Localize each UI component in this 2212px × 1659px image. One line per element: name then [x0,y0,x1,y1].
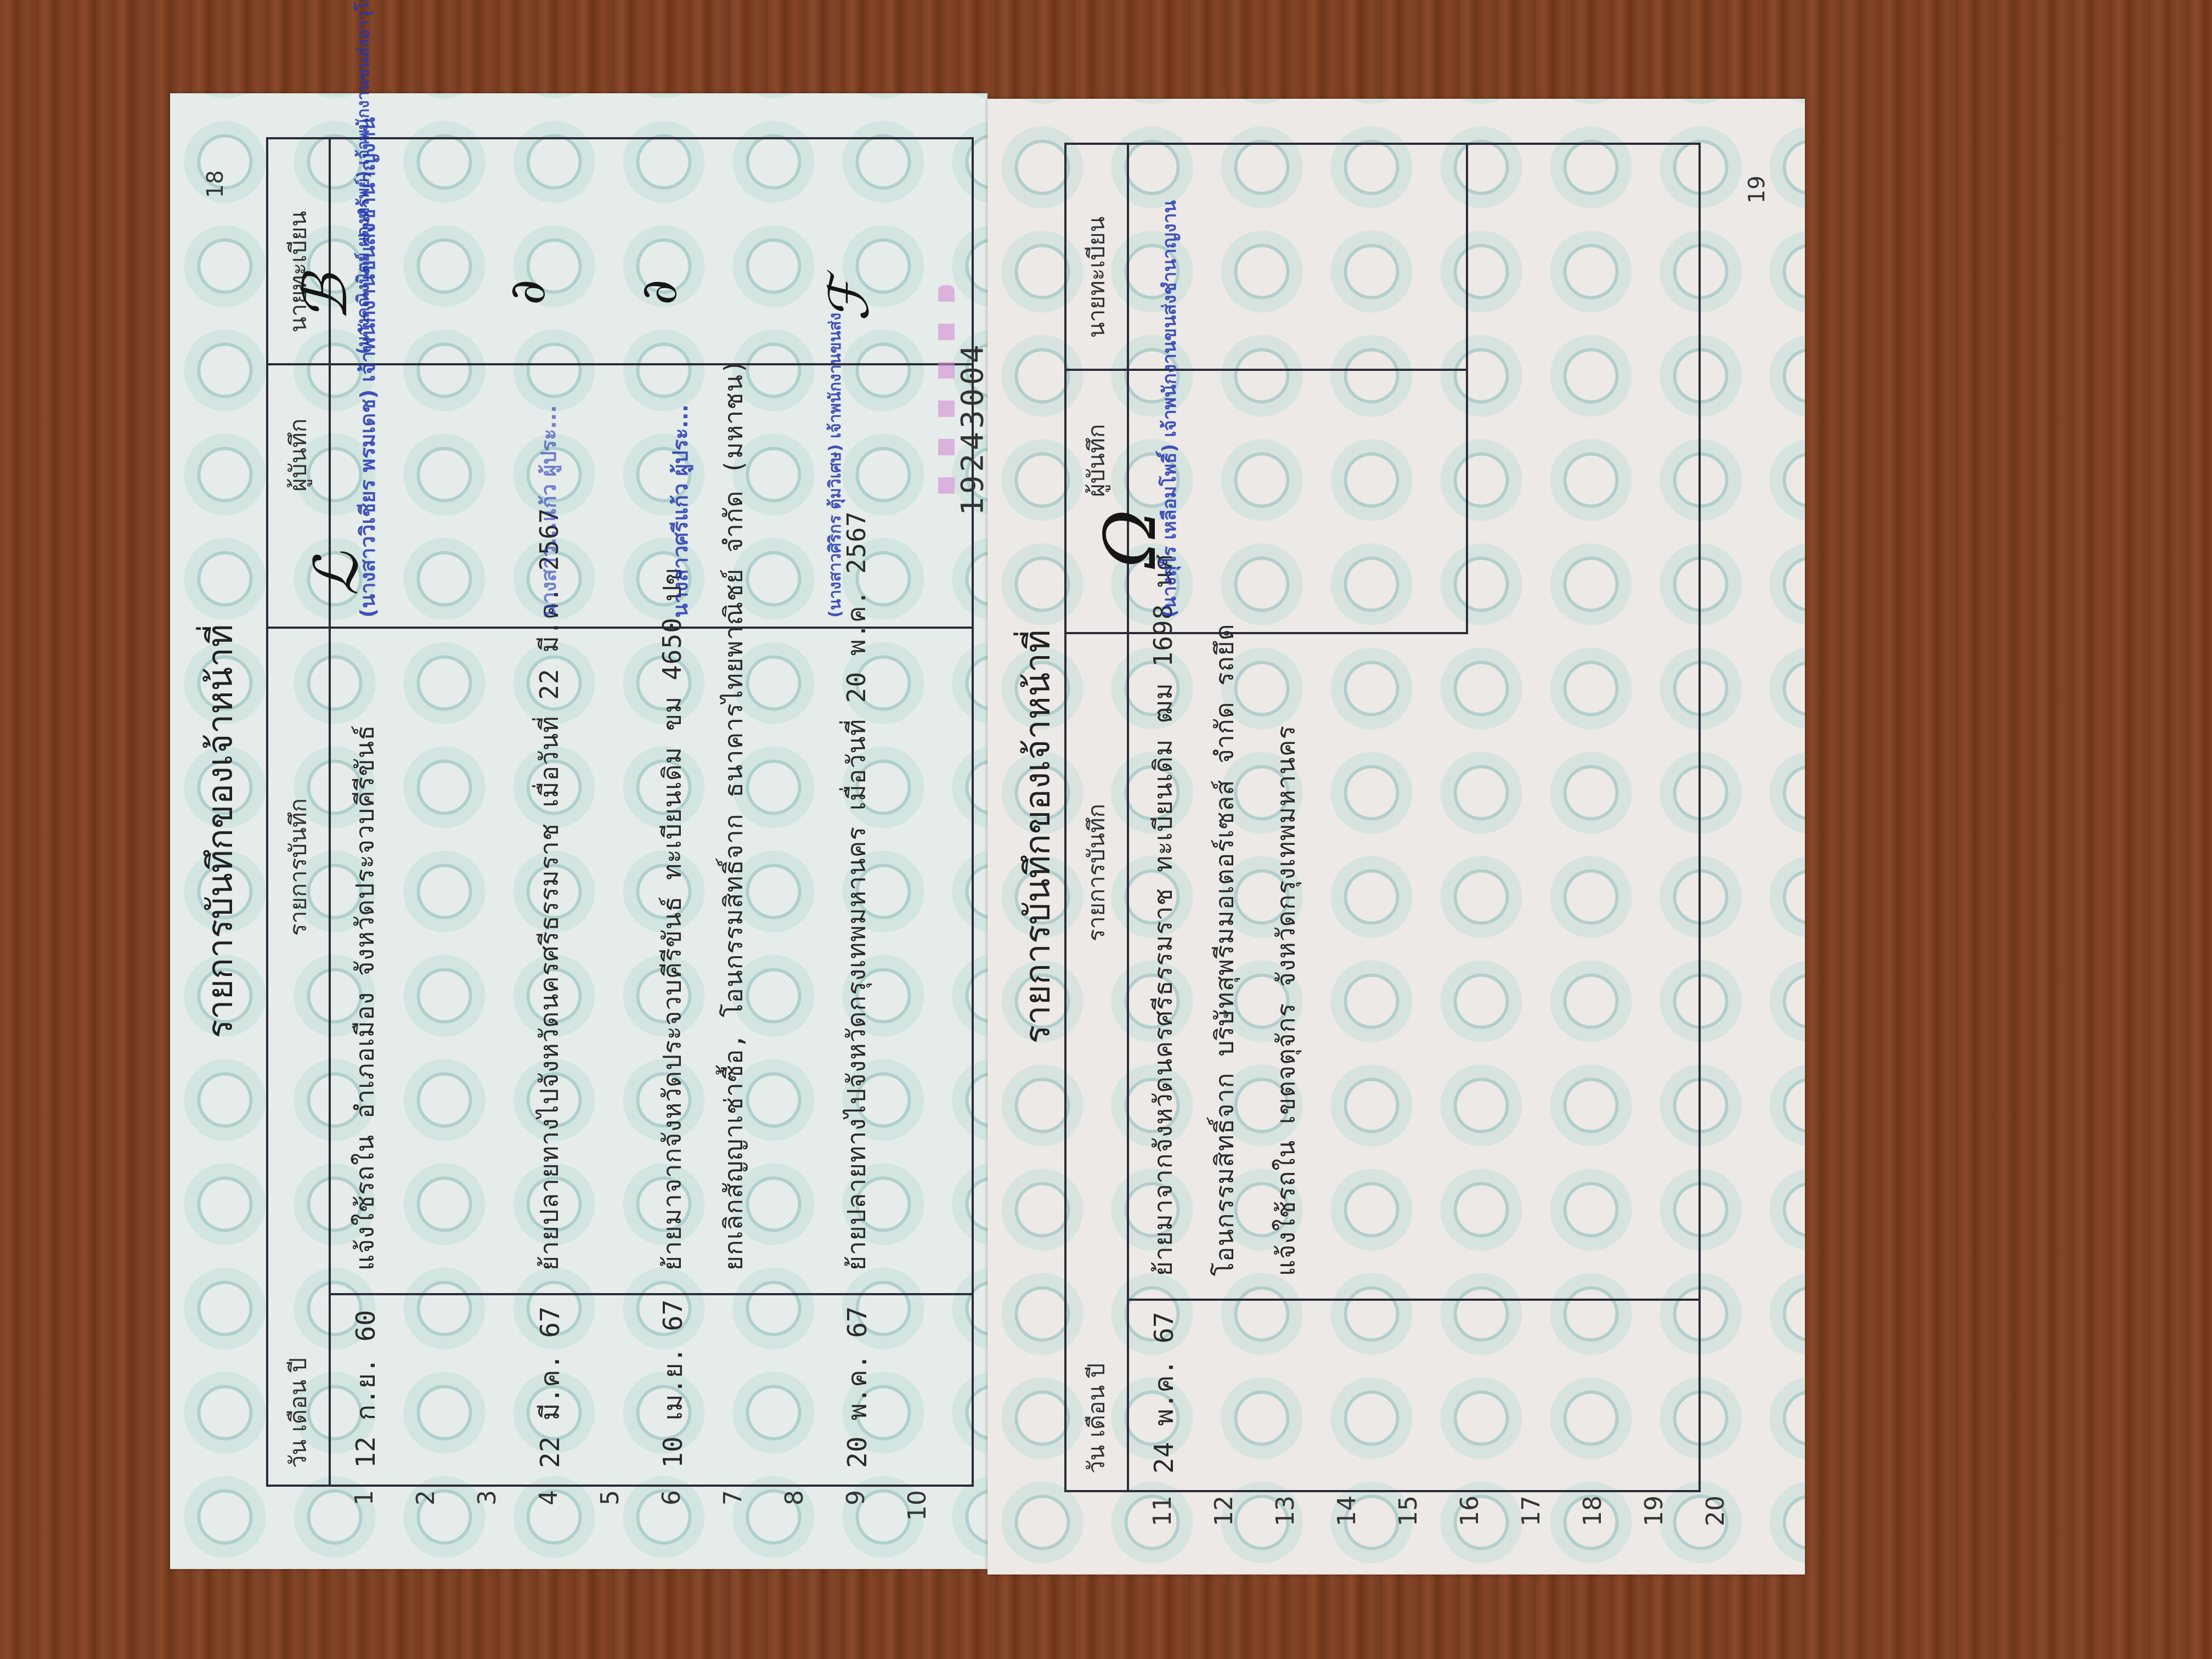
table-row [1328,157,1389,1474]
entry-text: ยกเลิกสัญญาเช่าซื้อ, โอนกรรมสิทธิ์จาก ธน… [714,338,754,1271]
table-row: 22 มี.ค. 67ย้ายปลายทางไปจังหวัดนครศรีธรร… [529,151,591,1468]
entry-date: 22 มี.ค. 67 [529,1293,571,1468]
row-number: 18 [1579,1496,1640,1556]
entry-date: 24 พ.ค. 67 [1143,1298,1185,1474]
header-date: วัน เดือน ปี [268,1304,329,1468]
records-table: วัน เดือน ปี รายการบันทึก ผู้บันทึก นายท… [1064,143,1701,1492]
row-number: 4 [535,1490,596,1550]
row-number: 8 [781,1490,842,1550]
row-number: 17 [1517,1496,1579,1556]
booklet-page-18: รายการบันทึกของเจ้าหน้าที่ 18 วัน เดือน … [170,93,988,1569]
header-entry: รายการบันทึก [1066,612,1127,941]
row-number: 16 [1456,1496,1517,1556]
record-rows: 12 ก.ย. 60แจ้งใช้รถใน อำเภอเมือง จังหวัด… [345,151,960,1468]
row-number: 14 [1333,1496,1395,1556]
row-numbers: 12345678910 [351,1490,965,1550]
table-row [1451,157,1512,1474]
row-number: 1 [351,1490,412,1550]
row-number: 5 [596,1490,658,1550]
table-row: 10 เม.ย. 67ย้ายมาจากจังหวัดประจวบคีรีขัน… [652,151,714,1468]
row-number: 3 [473,1490,535,1550]
row-number: 20 [1702,1496,1763,1556]
table-row: แจ้งใช้รถใน เขตจตุจักร จังหวัดกรุงเทพมหา… [1266,157,1328,1474]
table-row: ยกเลิกสัญญาเช่าซื้อ, โอนกรรมสิทธิ์จาก ธน… [714,151,775,1468]
perforation-stamp [938,285,955,516]
row-number: 19 [1640,1496,1702,1556]
signature: ℱ [817,278,881,321]
table-row [1389,157,1451,1474]
divider [329,139,331,1485]
row-number: 13 [1272,1496,1333,1556]
row-number: 6 [658,1490,719,1550]
header-recorder: ผู้บันทึก [268,419,329,492]
page-number: 18 [203,170,228,198]
header-date: วัน เดือน ปี [1066,1309,1127,1474]
divider [1127,145,1129,1490]
header-recorder: ผู้บันทึก [1066,424,1127,497]
entry-date: 10 เม.ย. 67 [652,1293,694,1468]
records-table: วัน เดือน ปี รายการบันทึก ผู้บันทึก นายท… [266,137,974,1487]
page-title: รายการบันทึกของเจ้าหน้าที่ [1009,99,1065,1575]
signature: ∂ [630,279,688,305]
table-row [1696,157,1758,1474]
entry-date: 20 พ.ค. 67 [837,1293,878,1468]
row-numbers: 11121314151617181920 [1149,1496,1763,1556]
table-row [1512,157,1573,1474]
record-rows: 24 พ.ค. 67ย้ายมาจากจังหวัดนครศรีธรรมราช … [1143,157,1758,1474]
row-number: 10 [904,1490,965,1550]
entry-text: แจ้งใช้รถใน เขตจตุจักร จังหวัดกรุงเทพมหา… [1266,343,1306,1276]
signature: ℒ [301,552,371,596]
page-title: รายการบันทึกของเจ้าหน้าที่ [192,93,248,1569]
table-row [1635,157,1696,1474]
registrar-stamp: (นางสาวศิริกร ตุ้มวิเศษ) เจ้าพนักงานขนส่… [822,313,848,618]
entry-text: โอนกรรมสิทธิ์จาก บริษัทสุพรีมมอเตอร์เซลส… [1205,343,1245,1276]
recorder-stamp: นางสาวศรีแก้ว ผู้ประ... [663,404,697,618]
row-number: 11 [1149,1496,1210,1556]
table-row [591,151,652,1468]
signature: ∂ [499,279,556,305]
row-number: 15 [1395,1496,1456,1556]
header-registrar: นายทะเบียน [1066,217,1127,338]
table-row: โอนกรรมสิทธิ์จาก บริษัทสุพรีมมอเตอร์เซลส… [1205,157,1266,1474]
booklet-page-19: รายการบันทึกของเจ้าหน้าที่ 19 วัน เดือน … [988,99,1805,1575]
entry-date: 12 ก.ย. 60 [345,1293,387,1468]
row-number: 12 [1210,1496,1272,1556]
recorder-stamp: นางสาว...แก้ว ผู้ประ... [532,405,565,618]
row-number: 2 [412,1490,473,1550]
table-row [468,151,529,1468]
table-row [1573,157,1635,1474]
table-row [407,151,468,1468]
signature: Ω [1088,509,1172,568]
header-entry: รายการบันทึก [268,607,329,936]
row-number: 9 [842,1490,904,1550]
signature: ℬ [290,274,360,321]
row-number: 7 [719,1490,781,1550]
